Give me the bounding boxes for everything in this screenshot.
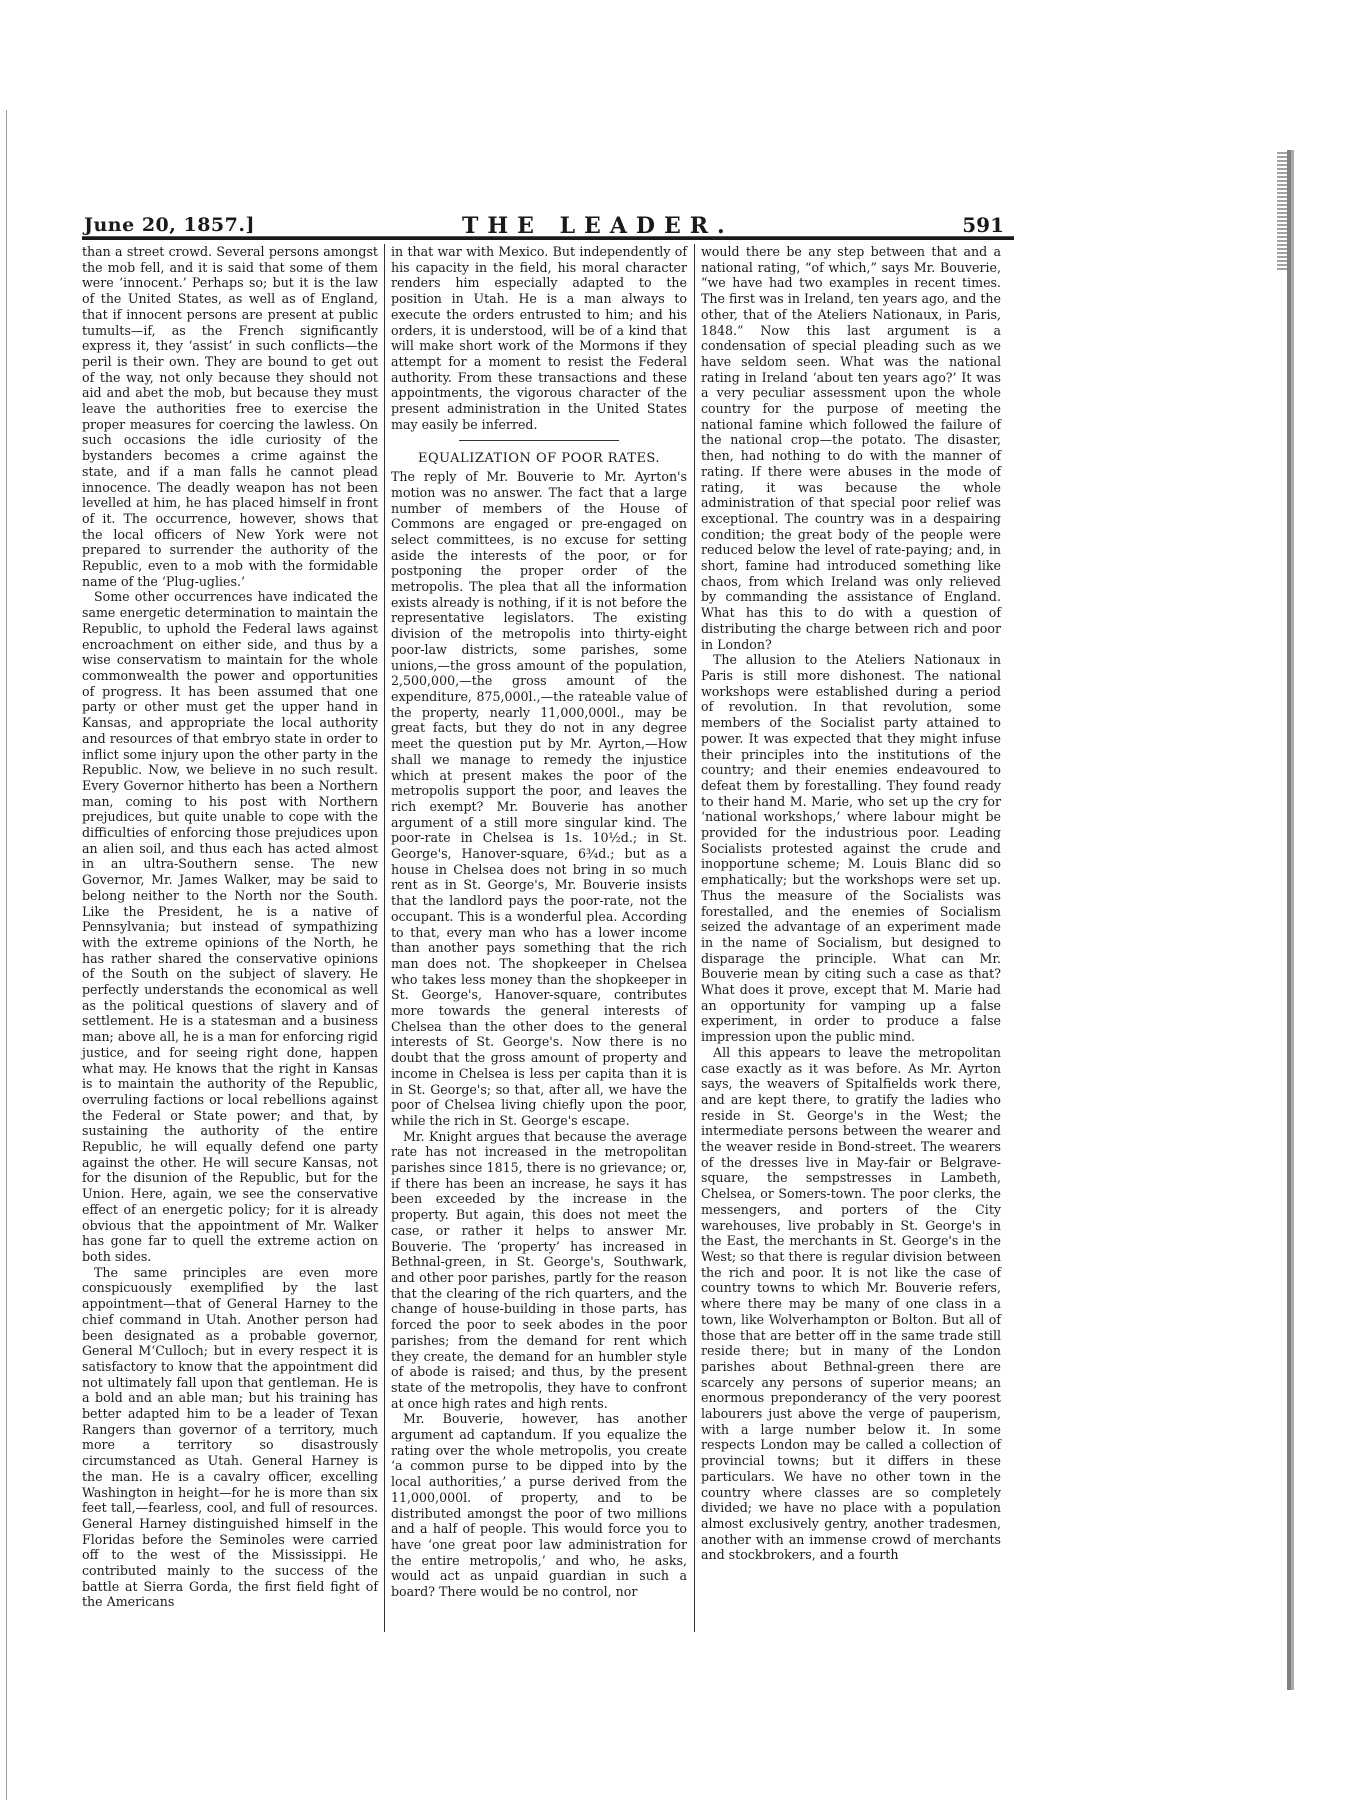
- column-1: than a street crowd. Several persons amo…: [82, 244, 378, 1610]
- paragraph: would there be any step between that and…: [701, 244, 1001, 652]
- paragraph: Mr. Knight argues that because the avera…: [391, 1129, 687, 1412]
- paragraph: Mr. Bouverie, however, has another argum…: [391, 1411, 687, 1599]
- column-divider: [384, 244, 385, 1632]
- page-number: 591: [962, 213, 1004, 237]
- paragraph: The same principles are even more conspi…: [82, 1265, 378, 1610]
- page-left-edge: [6, 110, 7, 1800]
- book-binding-shadow: [1265, 150, 1295, 1690]
- paragraph: than a street crowd. Several persons amo…: [82, 244, 378, 589]
- issue-date: June 20, 1857.]: [84, 214, 255, 236]
- column-divider: [694, 244, 695, 1632]
- paragraph: All this appears to leave the metropolit…: [701, 1045, 1001, 1563]
- header-rule: [82, 236, 1014, 240]
- column-2: in that war with Mexico. But independent…: [391, 244, 687, 1600]
- paragraph: The reply of Mr. Bouverie to Mr. Ayrton'…: [391, 469, 687, 1129]
- paragraph: The allusion to the Ateliers Nationaux i…: [701, 652, 1001, 1045]
- section-divider: [459, 440, 619, 441]
- paragraph: in that war with Mexico. But independent…: [391, 244, 687, 432]
- column-3: would there be any step between that and…: [701, 244, 1001, 1563]
- section-heading: EQUALIZATION OF POOR RATES.: [391, 451, 687, 467]
- paragraph: Some other occurrences have indicated th…: [82, 589, 378, 1264]
